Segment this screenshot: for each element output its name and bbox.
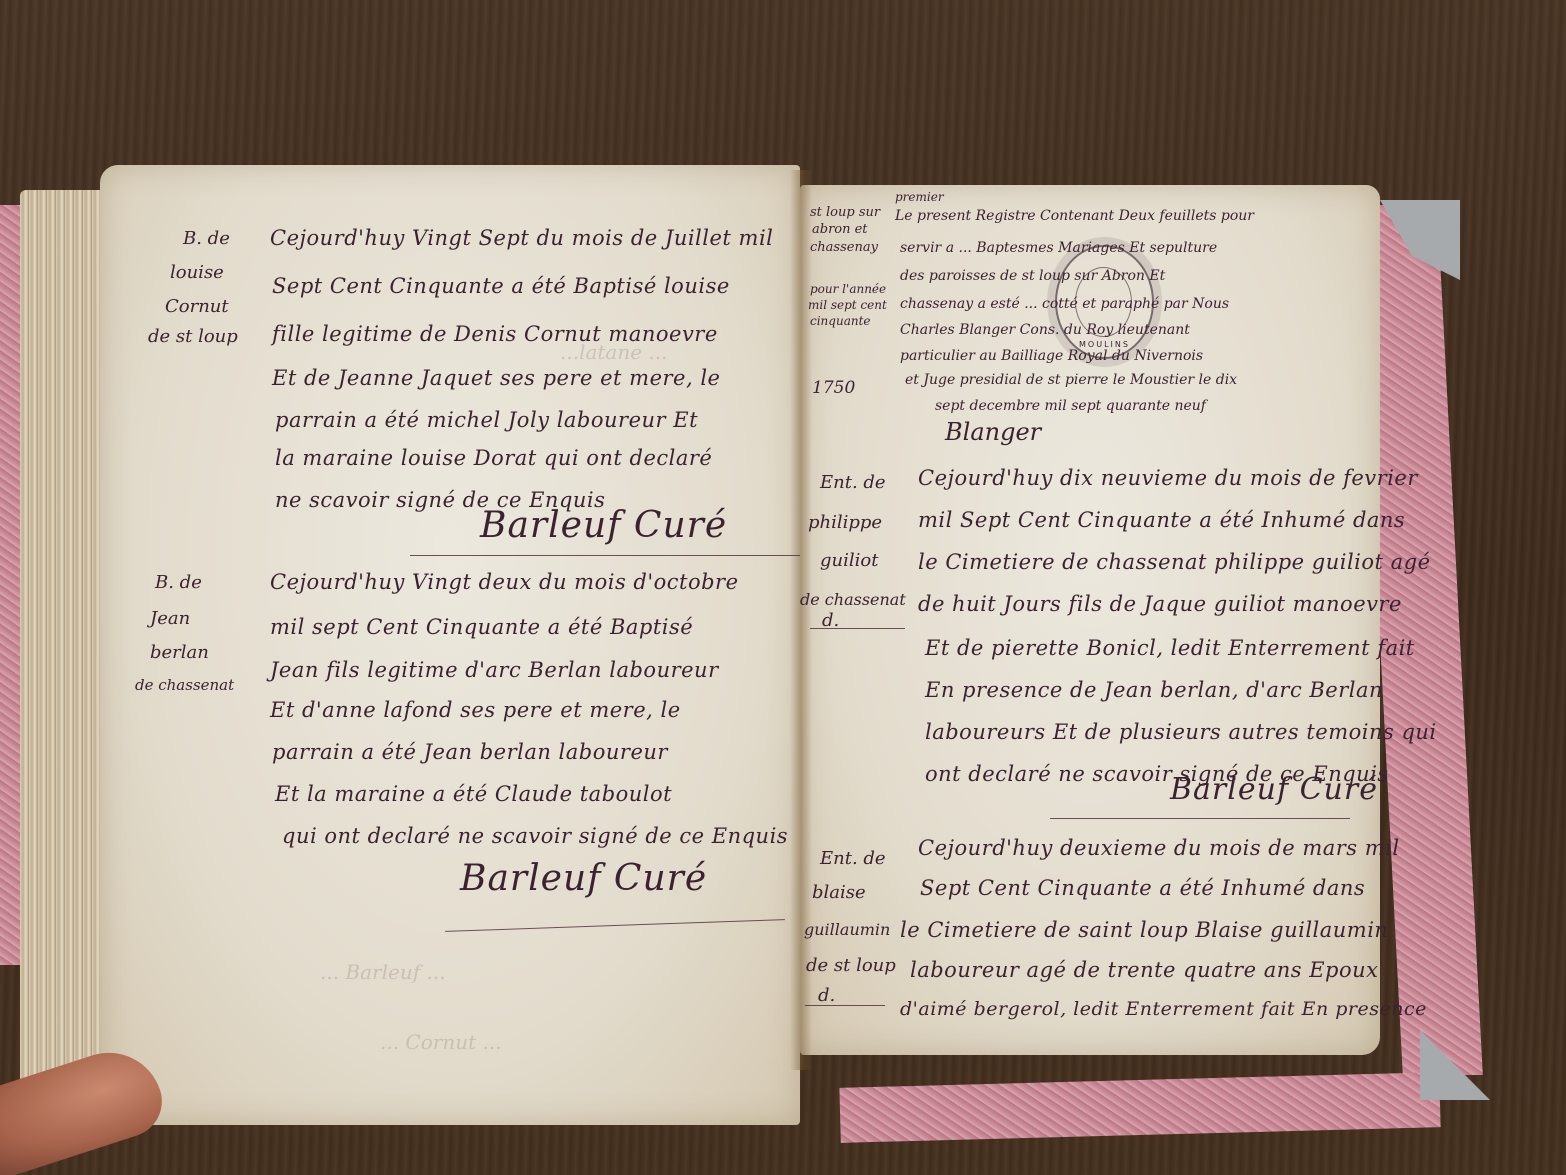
priest-signature: Barleuf Curé	[460, 858, 707, 899]
margin-note: Jean	[150, 608, 190, 629]
register-line: Le present Registre Contenant Deux feuil…	[895, 208, 1254, 224]
margin-note: Ent. de	[820, 472, 886, 493]
register-line: Cejourd'huy Vingt Sept du mois de Juille…	[270, 226, 773, 250]
show-through-text: ... Cornut ...	[380, 1030, 502, 1054]
register-line: servir a ... Baptesmes Mariages Et sepul…	[900, 240, 1217, 256]
register-line: fille legitime de Denis Cornut manoevre	[272, 322, 718, 346]
register-line: Et de pierette Bonicl, ledit Enterrement…	[925, 636, 1415, 660]
priest-signature: Barleuf Curé	[480, 505, 727, 546]
register-line: et Juge presidial de st pierre le Mousti…	[905, 372, 1237, 388]
entry-separator	[1050, 818, 1350, 819]
margin-rule	[810, 628, 905, 629]
margin-note: guillaumin	[804, 920, 890, 939]
priest-signature: Barleuf Curé	[1170, 772, 1378, 807]
margin-note: guiliot	[820, 550, 878, 571]
margin-note: mil sept cent	[808, 298, 887, 312]
register-line: Cejourd'huy Vingt deux du mois d'octobre	[270, 570, 739, 594]
margin-note: abron et	[812, 222, 868, 237]
margin-note: pour l'année	[810, 282, 886, 296]
judge-signature: Blanger	[945, 418, 1041, 446]
margin-note: berlan	[150, 642, 209, 663]
year-note: 1750	[812, 378, 855, 398]
register-line: premier	[895, 190, 944, 204]
register-line: Sept Cent Cinquante a été Inhumé dans	[920, 876, 1365, 900]
register-line: d'aimé bergerol, ledit Enterrement fait …	[900, 998, 1427, 1020]
register-line: particulier au Bailliage Royal du Nivern…	[900, 348, 1203, 364]
show-through-text: ... Barleuf ...	[320, 960, 446, 984]
register-line: Et la maraine a été Claude taboulot	[275, 782, 672, 806]
register-line: parrain a été michel Joly laboureur Et	[275, 408, 698, 432]
register-line: laboureur agé de trente quatre ans Epoux	[910, 958, 1379, 982]
seal-fleur-de-lis-icon	[1075, 267, 1132, 337]
margin-note: philippe	[808, 512, 882, 533]
margin-note: de st loup	[806, 955, 896, 976]
register-line: de huit Jours fils de Jaque guiliot mano…	[918, 592, 1402, 616]
register-line: Cejourd'huy deuxieme du mois de mars mil	[918, 836, 1400, 860]
margin-note: Cornut	[165, 296, 229, 317]
margin-note: de st loup	[148, 326, 238, 347]
margin-note: blaise	[812, 882, 866, 903]
margin-note: louise	[170, 262, 224, 283]
margin-note: d.	[818, 985, 835, 1006]
margin-note: de chassenat	[800, 590, 906, 609]
register-line: En presence de Jean berlan, d'arc Berlan	[925, 678, 1383, 702]
margin-note: B. de	[155, 572, 202, 593]
register-line: le Cimetiere de chassenat philippe guili…	[918, 550, 1431, 574]
margin-note: B. de	[183, 228, 230, 249]
seal-text: MOULINS	[1057, 340, 1152, 349]
register-line: la maraine louise Dorat qui ont declaré	[275, 446, 712, 470]
register-line: sept decembre mil sept quarante neuf	[935, 398, 1206, 414]
register-line: qui ont declaré ne scavoir signé de ce E…	[282, 824, 788, 848]
register-line: mil Sept Cent Cinquante a été Inhumé dan…	[918, 508, 1405, 532]
margin-note: chassenay	[810, 240, 878, 255]
register-line: Et de Jeanne Jaquet ses pere et mere, le	[272, 366, 720, 390]
register-line: le Cimetiere de saint loup Blaise guilla…	[900, 918, 1388, 942]
margin-rule	[805, 1005, 885, 1006]
margin-note: de chassenat	[135, 676, 234, 694]
register-line: Cejourd'huy dix neuvieme du mois de fevr…	[918, 466, 1418, 490]
margin-note: st loup sur	[810, 205, 880, 220]
register-line: Sept Cent Cinquante a été Baptisé louise	[272, 274, 730, 298]
register-line: mil sept Cent Cinquante a été Baptisé	[270, 615, 693, 639]
official-seal-stamp: MOULINS	[1055, 245, 1154, 359]
register-line: Jean fils legitime d'arc Berlan laboureu…	[270, 658, 719, 682]
marbled-cover-bottom	[839, 1072, 1440, 1143]
margin-note: cinquante	[810, 314, 871, 328]
register-line: Et d'anne lafond ses pere et mere, le	[270, 698, 681, 722]
entry-separator	[410, 555, 800, 556]
margin-note: Ent. de	[820, 848, 886, 869]
register-line: laboureurs Et de plusieurs autres temoin…	[925, 720, 1437, 744]
register-line: parrain a été Jean berlan laboureur	[272, 740, 668, 764]
